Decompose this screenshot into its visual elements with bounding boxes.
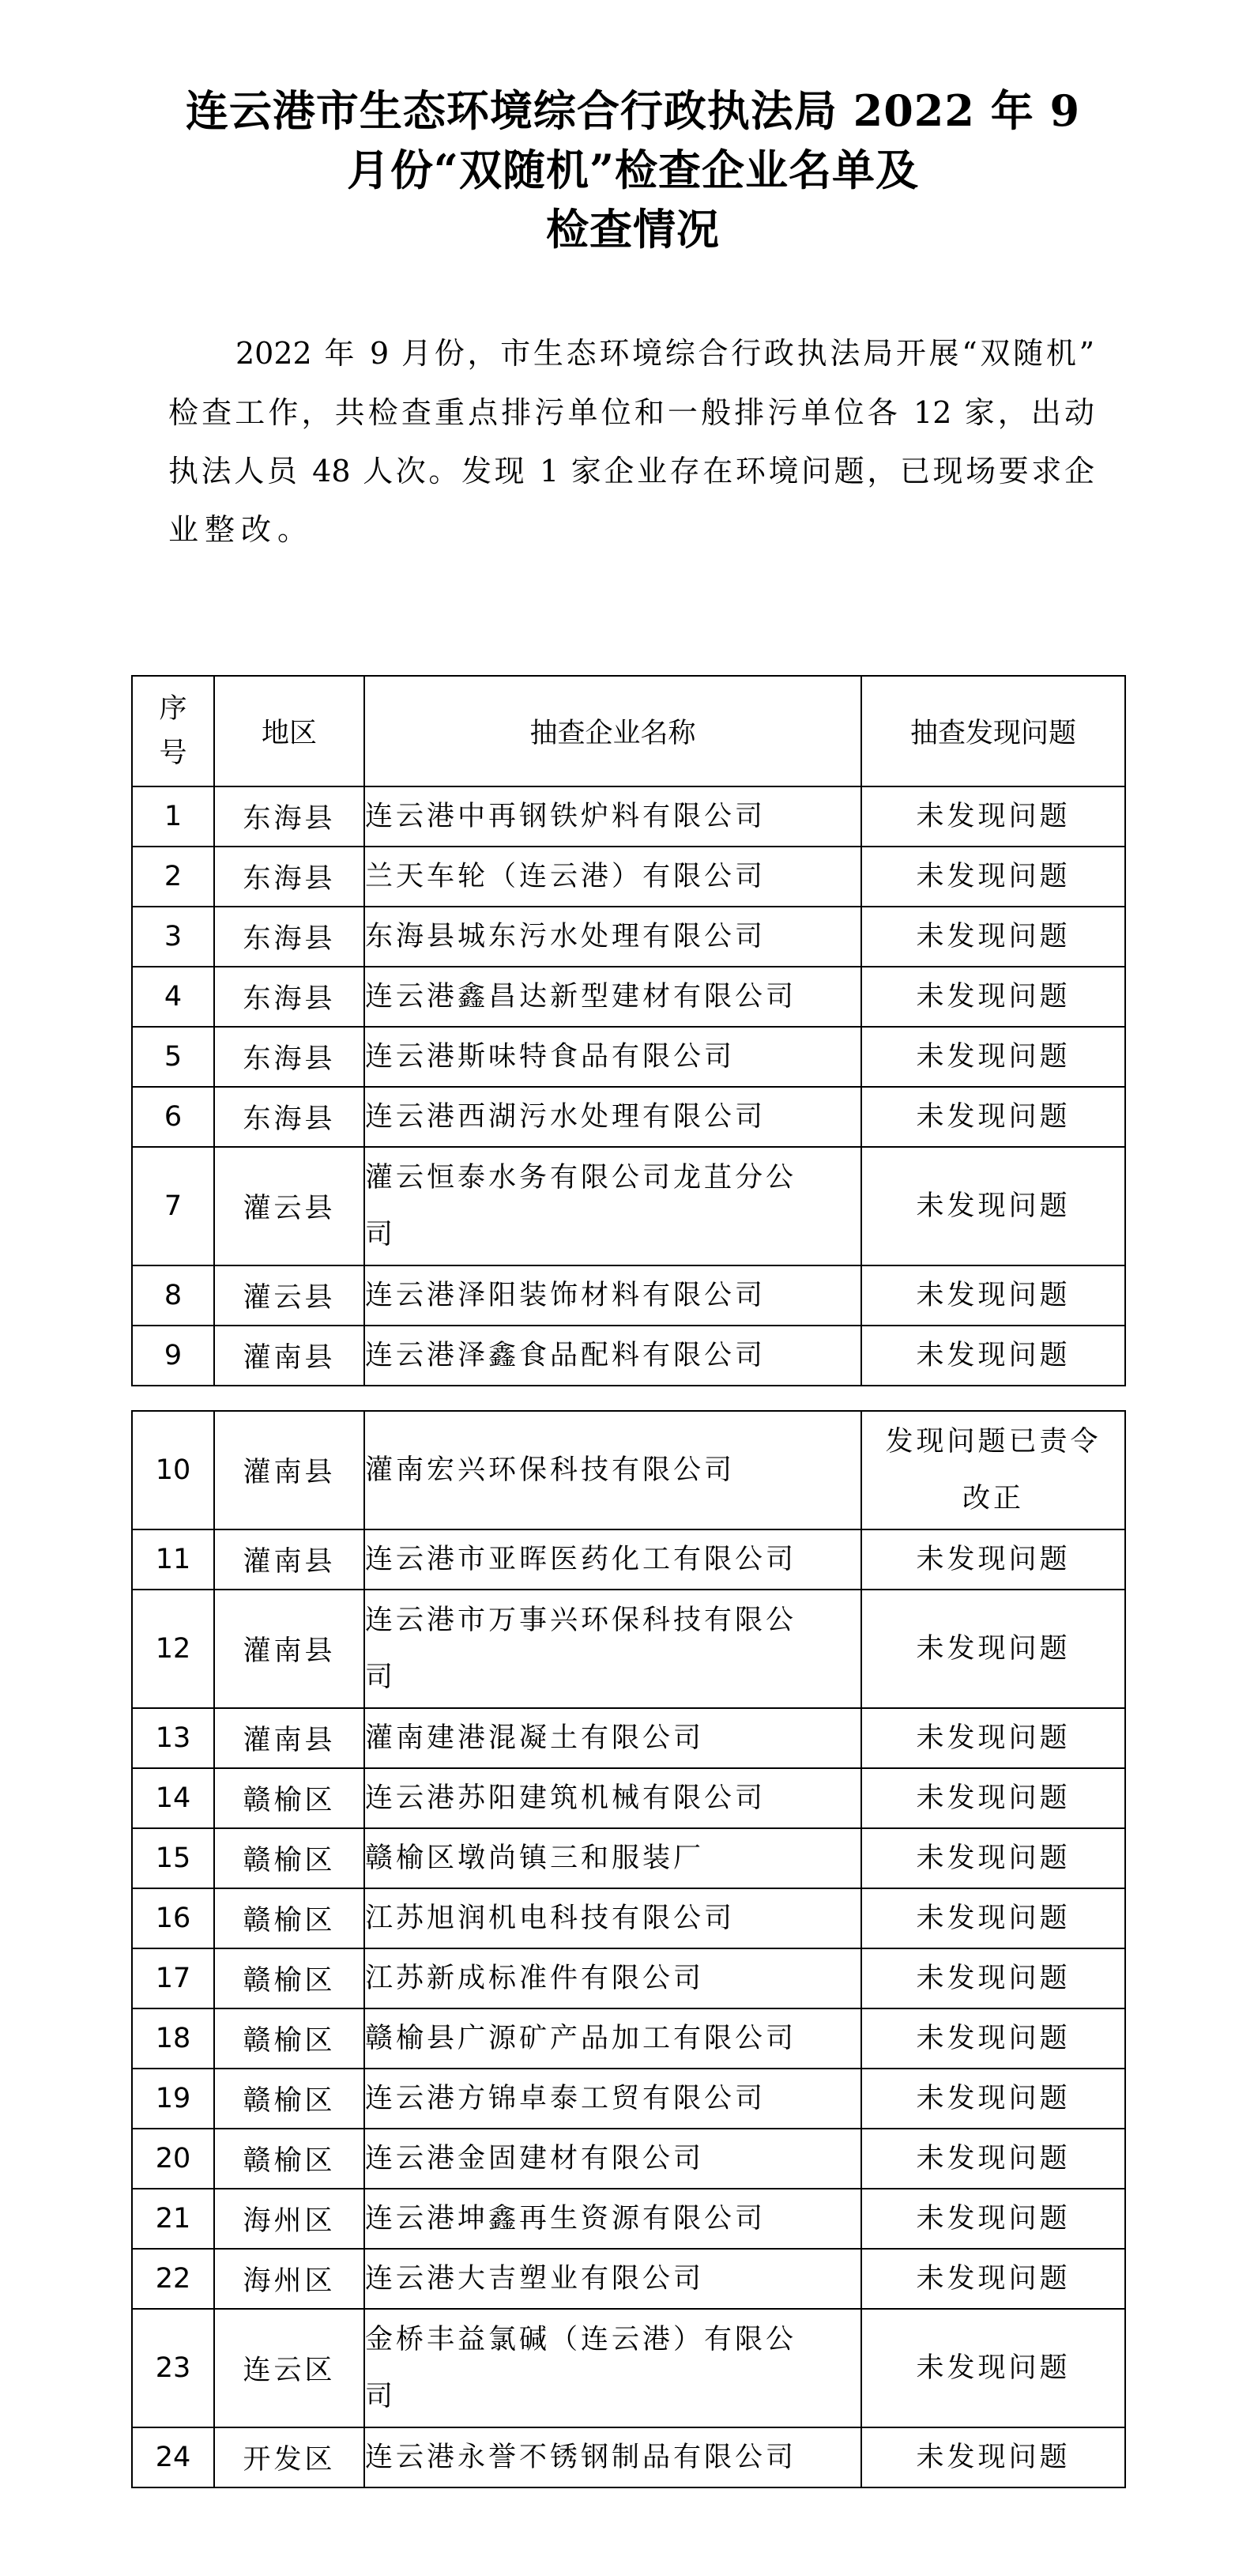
row-area: 赣榆区	[214, 1768, 364, 1828]
row-company: 连云港坤鑫再生资源有限公司	[364, 2189, 861, 2249]
inspection-table-part-2: 10 灌南县 灌南宏兴环保科技有限公司 发现问题已责令 改正 11 灌南县 连云…	[131, 1410, 1126, 2488]
row-company: 连云港大吉塑业有限公司	[364, 2249, 861, 2309]
table-row: 16 赣榆区 江苏旭润机电科技有限公司 未发现问题	[132, 1888, 1125, 1948]
row-company: 金桥丰益氯碱（连云港）有限公 司	[364, 2309, 861, 2427]
row-area: 灌南县	[214, 1590, 364, 1708]
table-row: 19 赣榆区 连云港方锦卓泰工贸有限公司 未发现问题	[132, 2069, 1125, 2129]
row-result: 未发现问题	[861, 1590, 1125, 1708]
inspection-table-part-1: 序 号 地区 抽查企业名称 抽查发现问题 1 东海县 连云港中再钢铁炉料有限公司…	[131, 675, 1126, 1386]
header-index: 序 号	[132, 676, 214, 786]
row-index: 8	[132, 1265, 214, 1326]
row-index: 11	[132, 1529, 214, 1590]
row-company-line-1: 灌云恒泰水务有限公司龙苴分公	[365, 1149, 860, 1206]
row-area: 东海县	[214, 1087, 364, 1147]
row-index: 21	[132, 2189, 214, 2249]
row-company: 连云港苏阳建筑机械有限公司	[364, 1768, 861, 1828]
table-row: 20 赣榆区 连云港金固建材有限公司 未发现问题	[132, 2129, 1125, 2189]
row-result: 未发现问题	[861, 2249, 1125, 2309]
row-company-line-2: 司	[365, 2368, 860, 2425]
row-result: 未发现问题	[861, 1087, 1125, 1147]
row-index: 16	[132, 1888, 214, 1948]
row-index: 18	[132, 2008, 214, 2069]
table-row: 1 东海县 连云港中再钢铁炉料有限公司 未发现问题	[132, 786, 1125, 847]
row-company: 赣榆区墩尚镇三和服装厂	[364, 1828, 861, 1888]
row-company: 灌云恒泰水务有限公司龙苴分公 司	[364, 1147, 861, 1265]
row-area: 东海县	[214, 786, 364, 847]
row-company: 连云港泽鑫食品配料有限公司	[364, 1326, 861, 1386]
row-result: 未发现问题	[861, 1529, 1125, 1590]
row-company: 连云港中再钢铁炉料有限公司	[364, 786, 861, 847]
row-area: 海州区	[214, 2189, 364, 2249]
row-area: 赣榆区	[214, 2008, 364, 2069]
row-area: 东海县	[214, 967, 364, 1027]
table-row: 24 开发区 连云港永誉不锈钢制品有限公司 未发现问题	[132, 2427, 1125, 2487]
table-row: 9 灌南县 连云港泽鑫食品配料有限公司 未发现问题	[132, 1326, 1125, 1386]
row-area: 赣榆区	[214, 1888, 364, 1948]
row-area: 灌南县	[214, 1708, 364, 1768]
title-line-3: 检查情况	[0, 204, 1254, 255]
row-index: 14	[132, 1768, 214, 1828]
header-index-line-2: 号	[133, 731, 213, 775]
row-result: 未发现问题	[861, 847, 1125, 907]
row-result: 未发现问题	[861, 1147, 1125, 1265]
table-row: 6 东海县 连云港西湖污水处理有限公司 未发现问题	[132, 1087, 1125, 1147]
row-company: 灌南宏兴环保科技有限公司	[364, 1411, 861, 1529]
row-area: 灌南县	[214, 1411, 364, 1529]
row-company: 连云港方锦卓泰工贸有限公司	[364, 2069, 861, 2129]
row-index: 13	[132, 1708, 214, 1768]
row-result: 未发现问题	[861, 2427, 1125, 2487]
row-company: 连云港鑫昌达新型建材有限公司	[364, 967, 861, 1027]
row-company: 连云港斯味特食品有限公司	[364, 1027, 861, 1087]
row-company: 东海县城东污水处理有限公司	[364, 907, 861, 967]
row-area: 灌云县	[214, 1147, 364, 1265]
row-result: 未发现问题	[861, 907, 1125, 967]
row-area: 灌南县	[214, 1326, 364, 1386]
row-index: 7	[132, 1147, 214, 1265]
row-company: 连云港泽阳装饰材料有限公司	[364, 1265, 861, 1326]
row-company: 灌南建港混凝土有限公司	[364, 1708, 861, 1768]
row-index: 23	[132, 2309, 214, 2427]
table-row: 5 东海县 连云港斯味特食品有限公司 未发现问题	[132, 1027, 1125, 1087]
row-index: 15	[132, 1828, 214, 1888]
row-result: 未发现问题	[861, 1027, 1125, 1087]
table-row: 15 赣榆区 赣榆区墩尚镇三和服装厂 未发现问题	[132, 1828, 1125, 1888]
row-result-line-1: 发现问题已责令	[862, 1413, 1124, 1470]
row-index: 2	[132, 847, 214, 907]
summary-line-4: 业整改。	[168, 510, 1094, 549]
row-result: 未发现问题	[861, 1265, 1125, 1326]
table-row: 22 海州区 连云港大吉塑业有限公司 未发现问题	[132, 2249, 1125, 2309]
row-index: 22	[132, 2249, 214, 2309]
row-area: 开发区	[214, 2427, 364, 2487]
table-row: 14 赣榆区 连云港苏阳建筑机械有限公司 未发现问题	[132, 1768, 1125, 1828]
summary-line-1: 2022 年 9 月份，市生态环境综合行政执法局开展“双随机”	[235, 334, 1094, 373]
table-row: 11 灌南县 连云港市亚晖医药化工有限公司 未发现问题	[132, 1529, 1125, 1590]
row-result: 未发现问题	[861, 1828, 1125, 1888]
row-area: 东海县	[214, 847, 364, 907]
table-row: 12 灌南县 连云港市万事兴环保科技有限公 司 未发现问题	[132, 1590, 1125, 1708]
row-company-line-2: 司	[365, 1649, 860, 1706]
row-result: 未发现问题	[861, 1708, 1125, 1768]
row-index: 24	[132, 2427, 214, 2487]
table-row: 23 连云区 金桥丰益氯碱（连云港）有限公 司 未发现问题	[132, 2309, 1125, 2427]
row-area: 灌云县	[214, 1265, 364, 1326]
row-company: 连云港市亚晖医药化工有限公司	[364, 1529, 861, 1590]
row-result: 未发现问题	[861, 2008, 1125, 2069]
row-index: 9	[132, 1326, 214, 1386]
row-index: 17	[132, 1948, 214, 2008]
row-result: 未发现问题	[861, 2069, 1125, 2129]
row-area: 赣榆区	[214, 1828, 364, 1888]
row-result: 未发现问题	[861, 967, 1125, 1027]
table-header-row: 序 号 地区 抽查企业名称 抽查发现问题	[132, 676, 1125, 786]
row-area: 赣榆区	[214, 1948, 364, 2008]
row-company: 江苏新成标准件有限公司	[364, 1948, 861, 2008]
table-row: 2 东海县 兰天车轮（连云港）有限公司 未发现问题	[132, 847, 1125, 907]
table-row: 10 灌南县 灌南宏兴环保科技有限公司 发现问题已责令 改正	[132, 1411, 1125, 1529]
header-index-line-1: 序	[133, 687, 213, 731]
row-area: 海州区	[214, 2249, 364, 2309]
header-company: 抽查企业名称	[364, 676, 861, 786]
row-index: 5	[132, 1027, 214, 1087]
row-company-line-1: 金桥丰益氯碱（连云港）有限公	[365, 2311, 860, 2368]
row-result: 未发现问题	[861, 2129, 1125, 2189]
row-result: 未发现问题	[861, 786, 1125, 847]
title-line-1: 连云港市生态环境综合行政执法局 2022 年 9	[0, 85, 1254, 136]
header-result: 抽查发现问题	[861, 676, 1125, 786]
row-result: 未发现问题	[861, 1948, 1125, 2008]
row-area: 灌南县	[214, 1529, 364, 1590]
row-result: 未发现问题	[861, 1768, 1125, 1828]
table-row: 18 赣榆区 赣榆县广源矿产品加工有限公司 未发现问题	[132, 2008, 1125, 2069]
row-result: 未发现问题	[861, 2189, 1125, 2249]
table-row: 13 灌南县 灌南建港混凝土有限公司 未发现问题	[132, 1708, 1125, 1768]
title-line-2: 月份“双随机”检查企业名单及	[0, 145, 1254, 195]
table-row: 3 东海县 东海县城东污水处理有限公司 未发现问题	[132, 907, 1125, 967]
row-company: 赣榆县广源矿产品加工有限公司	[364, 2008, 861, 2069]
summary-line-3: 执法人员 48 人次。发现 1 家企业存在环境问题，已现场要求企	[168, 451, 1094, 491]
table-row: 21 海州区 连云港坤鑫再生资源有限公司 未发现问题	[132, 2189, 1125, 2249]
row-company: 连云港永誉不锈钢制品有限公司	[364, 2427, 861, 2487]
row-area: 东海县	[214, 1027, 364, 1087]
row-area: 连云区	[214, 2309, 364, 2427]
row-company-line-2: 司	[365, 1206, 860, 1263]
row-company: 连云港西湖污水处理有限公司	[364, 1087, 861, 1147]
row-result: 未发现问题	[861, 1888, 1125, 1948]
row-company: 兰天车轮（连云港）有限公司	[364, 847, 861, 907]
row-area: 赣榆区	[214, 2129, 364, 2189]
row-area: 赣榆区	[214, 2069, 364, 2129]
row-company-line-1: 连云港市万事兴环保科技有限公	[365, 1592, 860, 1649]
row-index: 3	[132, 907, 214, 967]
row-company: 连云港市万事兴环保科技有限公 司	[364, 1590, 861, 1708]
row-area: 东海县	[214, 907, 364, 967]
table-row: 17 赣榆区 江苏新成标准件有限公司 未发现问题	[132, 1948, 1125, 2008]
row-result: 未发现问题	[861, 2309, 1125, 2427]
row-index: 4	[132, 967, 214, 1027]
header-area: 地区	[214, 676, 364, 786]
row-index: 1	[132, 786, 214, 847]
row-company: 连云港金固建材有限公司	[364, 2129, 861, 2189]
row-index: 19	[132, 2069, 214, 2129]
row-index: 12	[132, 1590, 214, 1708]
table-row: 7 灌云县 灌云恒泰水务有限公司龙苴分公 司 未发现问题	[132, 1147, 1125, 1265]
row-result: 未发现问题	[861, 1326, 1125, 1386]
row-company: 江苏旭润机电科技有限公司	[364, 1888, 861, 1948]
summary-line-2: 检查工作，共检查重点排污单位和一般排污单位各 12 家，出动	[168, 393, 1094, 432]
row-result-line-2: 改正	[862, 1470, 1124, 1527]
row-index: 20	[132, 2129, 214, 2189]
table-row: 4 东海县 连云港鑫昌达新型建材有限公司 未发现问题	[132, 967, 1125, 1027]
table-row: 8 灌云县 连云港泽阳装饰材料有限公司 未发现问题	[132, 1265, 1125, 1326]
row-result: 发现问题已责令 改正	[861, 1411, 1125, 1529]
row-index: 10	[132, 1411, 214, 1529]
row-index: 6	[132, 1087, 214, 1147]
